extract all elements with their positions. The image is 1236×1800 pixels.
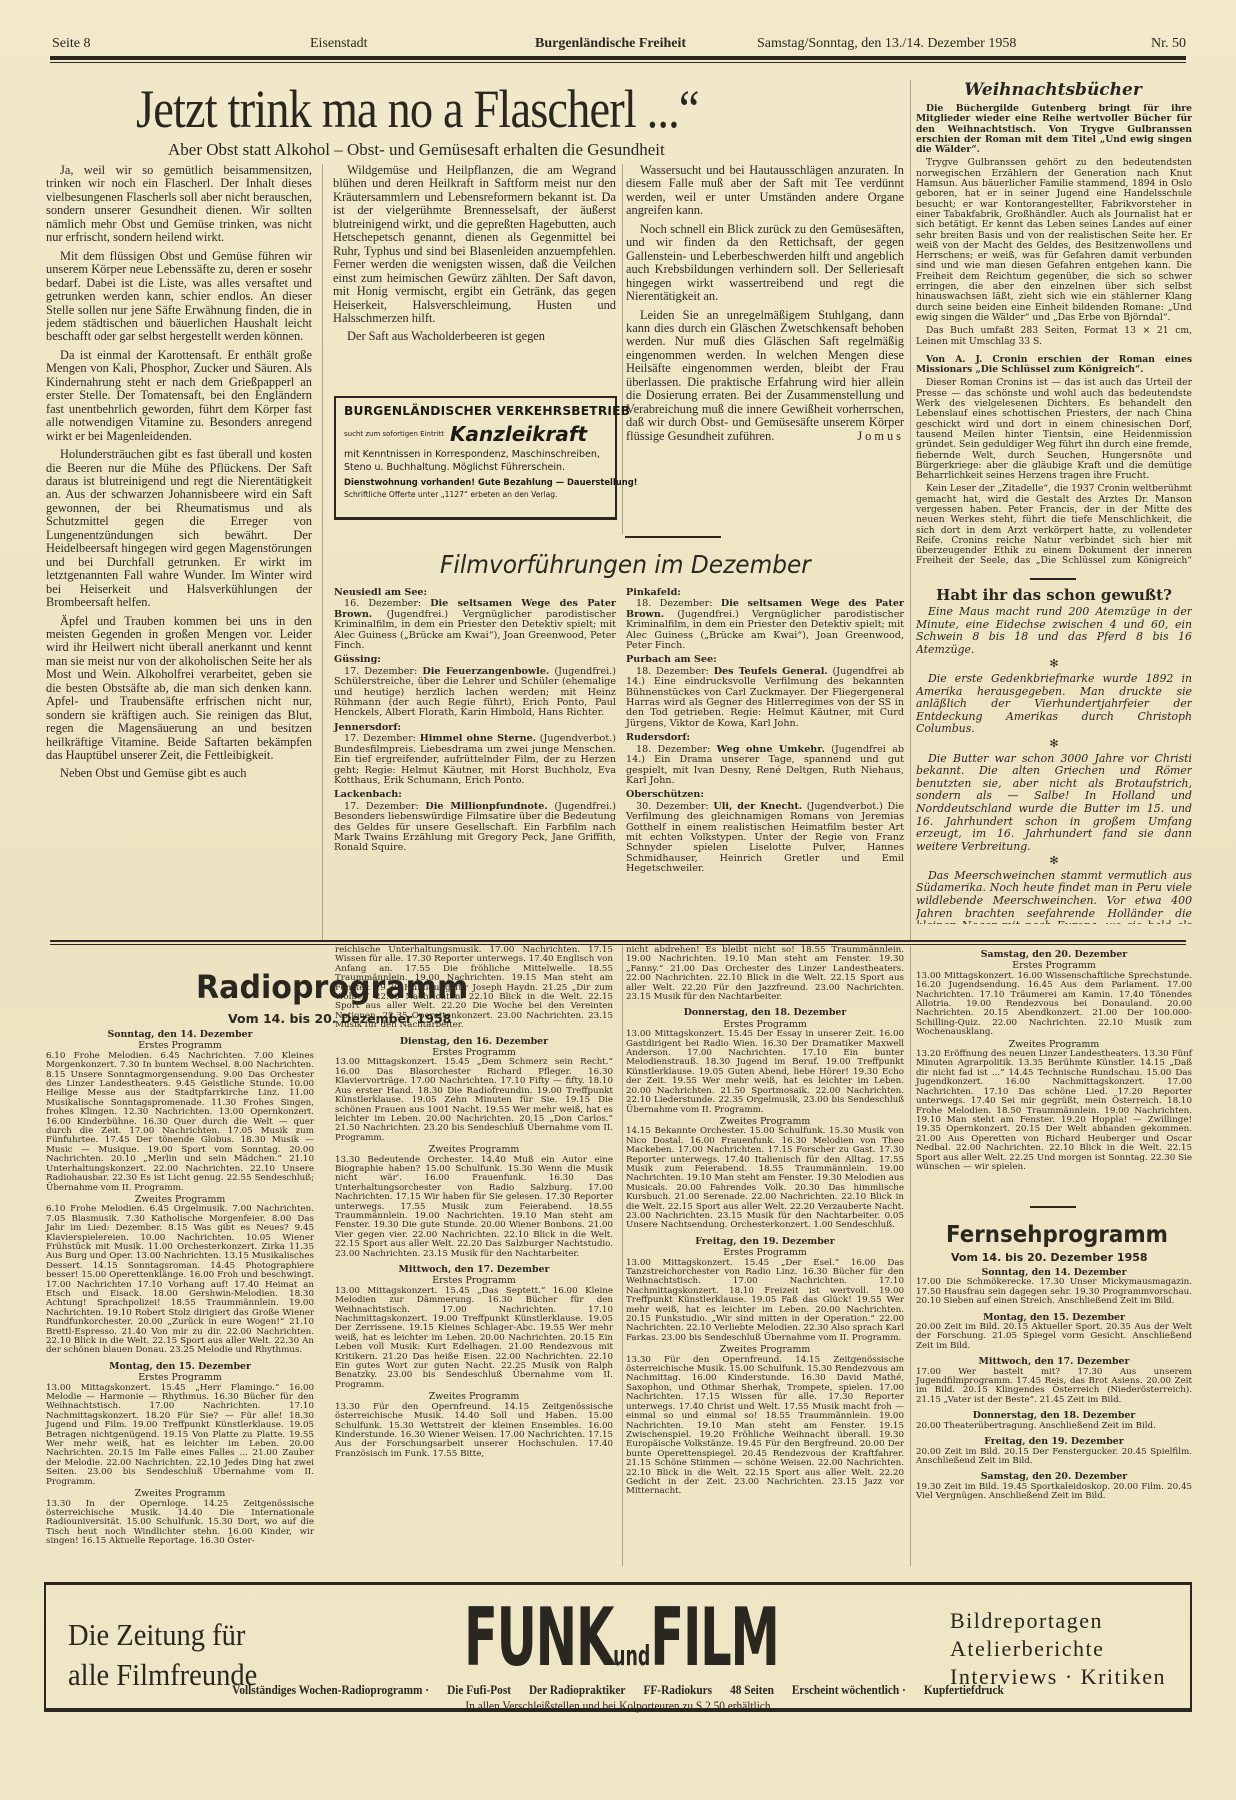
header-city: Eisenstadt bbox=[310, 36, 368, 52]
film-entry: 17. Dezember: Himmel ohne Sterne. (Jugen… bbox=[334, 734, 616, 786]
schedule-entries: 6.10 Frohe Melodien. 6.45 Orgelmusik. 7.… bbox=[46, 1205, 314, 1356]
sidebar-paragraph: Kein Leser der „Zitadelle“, die 1937 Cro… bbox=[916, 484, 1192, 566]
newspaper-page: Seite 8 Eisenstadt Burgenländische Freih… bbox=[0, 0, 1236, 1800]
schedule-day-heading: Montag, den 15. Dezember bbox=[916, 1313, 1192, 1322]
ad-feature: Erscheint wöchentlich · bbox=[792, 1683, 906, 1697]
article-paragraph: Holundersträuchen gibt es fast überall u… bbox=[46, 448, 312, 609]
program-heading: Zweites Programm bbox=[46, 1489, 314, 1498]
film-entry: 18. Dezember: Des Teufels General. (Juge… bbox=[626, 667, 904, 729]
article-headline: Jetzt trink ma no a Flascherl ...“ bbox=[136, 78, 755, 140]
header-rule bbox=[50, 56, 1186, 60]
tv-schedule: Sonntag, den 14. Dezember17.00 Die Schmö… bbox=[916, 1262, 1192, 1502]
sidebar-paragraph: Das Buch umfaßt 283 Seiten, Format 13 × … bbox=[916, 326, 1192, 347]
film-location: Güssing: bbox=[334, 655, 616, 665]
film-location: Jennersdorf: bbox=[334, 723, 616, 733]
ad-company: BURGENLÄNDISCHER VERKEHRSBETRIEB bbox=[344, 404, 607, 418]
ad-contact: Schriftliche Offerte unter „1127“ erbete… bbox=[344, 490, 607, 499]
schedule-entries: 13.00 Mittagskonzert. 15.45 „Dem Schmerz… bbox=[335, 1058, 613, 1143]
program-heading: Erstes Programm bbox=[916, 961, 1192, 970]
schedule-entries: 20.00 Theaterübertragung. Anschließend Z… bbox=[916, 1422, 1192, 1431]
film-location: Lackenbach: bbox=[334, 790, 616, 800]
ad-features: Vollständiges Wochen-Radioprogramm ·Die … bbox=[103, 1683, 1133, 1698]
schedule-day-heading: Freitag, den 19. Dezember bbox=[626, 1237, 904, 1246]
schedule-entries: nicht abdrehen! Es bleibt nicht so! 18.5… bbox=[626, 946, 904, 1002]
ad-feature: Der Radiopraktiker bbox=[529, 1683, 625, 1697]
schedule-day-heading: Samstag, den 20. Dezember bbox=[916, 1472, 1192, 1481]
sidebar-title: Weihnachtsbücher bbox=[916, 80, 1190, 100]
program-heading: Zweites Programm bbox=[626, 1117, 904, 1126]
section-rule bbox=[50, 940, 1186, 942]
ad-feature: Vollständiges Wochen-Radioprogramm · bbox=[232, 1683, 429, 1697]
film-title: Die seltsamen Wege des Pater Brown. bbox=[334, 598, 616, 619]
ad-feature: FF-Radiokurs bbox=[643, 1683, 712, 1697]
films-column-2: Pinkafeld:18. Dezember: Die seltsamen We… bbox=[626, 584, 904, 878]
fact-item: Eine Maus macht rund 200 Atemzüge in der… bbox=[916, 606, 1192, 656]
ad-position: Kanzleikraft bbox=[450, 422, 587, 446]
separator-icon: ✻ bbox=[916, 855, 1192, 868]
film-title: Die seltsamen Wege des Pater Brown. bbox=[626, 598, 904, 619]
schedule-entries: 13.00 Mittagskonzert. 16.00 Wissenschaft… bbox=[916, 972, 1192, 1038]
article-column-3: Wassersucht und bei Hautausschlägen anzu… bbox=[626, 164, 904, 534]
article-column-1: Ja, weil wir so gemütlich beisammensitze… bbox=[46, 164, 312, 944]
film-title: Uli, der Knecht. bbox=[713, 801, 802, 812]
program-heading: Erstes Programm bbox=[335, 1276, 613, 1285]
issue-number: Nr. 50 bbox=[1151, 36, 1186, 52]
schedule-entries: 13.00 Mittagskonzert. 15.45 „Das Septett… bbox=[335, 1287, 613, 1390]
film-title: Die Feuerzangenbowle. bbox=[422, 666, 549, 677]
schedule-entries: reichische Unterhaltungsmusik. 17.00 Nac… bbox=[335, 946, 613, 1031]
article-paragraph: Neben Obst und Gemüse gibt es auch bbox=[46, 767, 312, 780]
fact-item: Die erste Gedenkbriefmarke wurde 1892 in… bbox=[916, 673, 1192, 736]
program-heading: Zweites Programm bbox=[626, 1345, 904, 1354]
schedule-entries: 13.30 In der Opernloge. 14.25 Zeitgenöss… bbox=[46, 1500, 314, 1547]
newspaper-name: Burgenländische Freiheit bbox=[535, 36, 686, 52]
page-number: Seite 8 bbox=[52, 36, 91, 52]
schedule-entries: 13.30 Für den Opernfreund. 14.15 Zeitgen… bbox=[335, 1403, 613, 1459]
ad-feature: 48 Seiten bbox=[730, 1683, 774, 1697]
article-paragraph: Wildgemüse und Heilpflanzen, die am Wegr… bbox=[333, 164, 616, 325]
job-advertisement: BURGENLÄNDISCHER VERKEHRSBETRIEB sucht z… bbox=[334, 396, 617, 520]
sidebar-end-rule bbox=[1030, 578, 1076, 580]
article-subheadline: Aber Obst statt Alkohol – Obst- und Gemü… bbox=[168, 140, 665, 160]
ad-seeks: sucht zum sofortigen Eintritt bbox=[344, 430, 444, 438]
article-column-2: Wildgemüse und Heilpflanzen, die am Wegr… bbox=[333, 164, 616, 392]
schedule-day-heading: Sonntag, den 14. Dezember bbox=[916, 1268, 1192, 1277]
schedule-day-heading: Samstag, den 20. Dezember bbox=[916, 950, 1192, 959]
program-heading: Erstes Programm bbox=[46, 1373, 314, 1382]
tv-title: Fernsehprogramm bbox=[946, 1222, 1168, 1248]
article-paragraph: Ja, weil wir so gemütlich beisammensitze… bbox=[46, 164, 312, 245]
schedule-day-heading: Sonntag, den 14. Dezember bbox=[46, 1030, 314, 1039]
funk-und-film-advertisement: Die Zeitung für alle Filmfreunde FUNKund… bbox=[44, 1582, 1192, 1712]
schedule-day-heading: Donnerstag, den 18. Dezember bbox=[626, 1008, 904, 1017]
schedule-entries: 13.30 Für den Opernfreund. 14.15 Zeitgen… bbox=[626, 1356, 904, 1497]
ad-feature-line: Atelierberichte bbox=[950, 1635, 1166, 1663]
article-paragraph: Wassersucht und bei Hautausschlägen anzu… bbox=[626, 164, 904, 218]
film-location: Neusiedl am See: bbox=[334, 588, 616, 598]
film-location: Purbach am See: bbox=[626, 655, 904, 665]
film-location: Pinkafeld: bbox=[626, 588, 904, 598]
article-paragraph: Der Saft aus Wacholderbeeren ist gegen bbox=[333, 330, 616, 343]
radio-column-4: Samstag, den 20. DezemberErstes Programm… bbox=[916, 944, 1192, 1172]
schedule-entries: 6.10 Frohe Melodien. 6.45 Nachrichten. 7… bbox=[46, 1052, 314, 1193]
radio-column-3: nicht abdrehen! Es bleibt nicht so! 18.5… bbox=[626, 946, 904, 1497]
schedule-entries: 20.00 Zeit im Bild. 20.15 Aktueller Spor… bbox=[916, 1323, 1192, 1351]
sidebar-paragraph: Die Büchergilde Gutenberg bringt für ihr… bbox=[916, 104, 1192, 155]
issue-date: Samstag/Sonntag, den 13./14. Dezember 19… bbox=[757, 36, 1016, 52]
schedule-entries: 13.20 Eröffnung des neuen Linzer Landest… bbox=[916, 1050, 1192, 1172]
program-heading: Zweites Programm bbox=[335, 1145, 613, 1154]
ad-feature: Die Fufi-Post bbox=[447, 1683, 511, 1697]
tv-top-rule bbox=[1030, 1206, 1076, 1208]
film-location: Oberschützen: bbox=[626, 790, 904, 800]
schedule-entries: 17.00 Die Schmökerecke. 17.30 Unser Mick… bbox=[916, 1278, 1192, 1306]
column-divider bbox=[322, 164, 323, 940]
film-title: Des Teufels General. bbox=[714, 666, 828, 677]
running-header: Seite 8 Eisenstadt Burgenländische Freih… bbox=[52, 36, 1186, 54]
schedule-day-heading: Mittwoch, den 17. Dezember bbox=[335, 1265, 613, 1274]
article-paragraph: Leiden Sie an unregelmäßigem Stuhlgang, … bbox=[626, 309, 904, 444]
films-title: Filmvorführungen im Dezember bbox=[440, 550, 811, 579]
program-heading: Erstes Programm bbox=[46, 1041, 314, 1050]
radio-column-1: Sonntag, den 14. DezemberErstes Programm… bbox=[46, 1024, 314, 1547]
film-entry: 18. Dezember: Die seltsamen Wege des Pat… bbox=[626, 599, 904, 651]
schedule-day-heading: Freitag, den 19. Dezember bbox=[916, 1437, 1192, 1446]
schedule-day-heading: Montag, den 15. Dezember bbox=[46, 1362, 314, 1371]
article-paragraph: Äpfel und Trauben kommen bei uns in den … bbox=[46, 615, 312, 763]
schedule-entries: 14.15 Bekannte Orchester. 15.00 Schulfun… bbox=[626, 1127, 904, 1230]
ad-availability: In allen Verschleißstellen und bei Kolpo… bbox=[103, 1699, 1133, 1714]
separator-icon: ✻ bbox=[916, 658, 1192, 671]
schedule-day-heading: Donnerstag, den 18. Dezember bbox=[916, 1411, 1192, 1420]
article-paragraph: Da ist einmal der Karottensaft. Er enthä… bbox=[46, 349, 312, 443]
facts-title: Habt ihr das schon gewußt? bbox=[916, 586, 1192, 604]
facts-list: Eine Maus macht rund 200 Atemzüge in der… bbox=[916, 606, 1192, 924]
ad-features-list: BildreportagenAtelierberichteInterviews … bbox=[950, 1607, 1166, 1691]
program-heading: Zweites Programm bbox=[916, 1040, 1192, 1049]
film-entry: 16. Dezember: Die seltsamen Wege des Pat… bbox=[334, 599, 616, 651]
ad-feature-line: Bildreportagen bbox=[950, 1607, 1166, 1635]
column-divider bbox=[622, 946, 623, 1566]
header-rule-thin bbox=[50, 62, 1186, 63]
schedule-entries: 13.30 Bedeutende Orchester. 14.40 Muß ei… bbox=[335, 1156, 613, 1259]
schedule-entries: 20.00 Zeit im Bild. 20.15 Der Fensterguc… bbox=[916, 1448, 1192, 1467]
fact-item: Die Butter war schon 3000 Jahre vor Chri… bbox=[916, 753, 1192, 854]
program-heading: Erstes Programm bbox=[626, 1020, 904, 1029]
schedule-entries: 13.00 Mittagskonzert. 15.45 „Herr Flamin… bbox=[46, 1384, 314, 1487]
ad-offer: Dienstwohnung vorhanden! Gute Bezahlung … bbox=[344, 477, 607, 487]
program-heading: Erstes Programm bbox=[626, 1248, 904, 1257]
film-entry: 30. Dezember: Uli, der Knecht. (Jugendve… bbox=[626, 802, 904, 875]
column-divider bbox=[910, 80, 911, 940]
film-title: Die Millionpfundnote. bbox=[425, 801, 547, 812]
schedule-entries: 13.00 Mittagskonzert. 15.45 Der Essay in… bbox=[626, 1030, 904, 1115]
sidebar-paragraph: Trygve Gulbranssen gehört zu den bedeute… bbox=[916, 158, 1192, 323]
films-column-1: Neusiedl am See:16. Dezember: Die seltsa… bbox=[334, 584, 616, 857]
radio-column-2: reichische Unterhaltungsmusik. 17.00 Nac… bbox=[335, 946, 613, 1459]
ad-feature: Kupfertiefdruck bbox=[924, 1683, 1004, 1697]
schedule-entries: 17.00 Wer bastelt mit? 17.30 Aus unserem… bbox=[916, 1368, 1192, 1406]
separator-icon: ✻ bbox=[916, 738, 1192, 751]
film-title: Himmel ohne Sterne. bbox=[420, 733, 536, 744]
article-paragraph: Mit dem flüssigen Obst und Gemüse führen… bbox=[46, 250, 312, 344]
program-heading: Zweites Programm bbox=[335, 1392, 613, 1401]
schedule-entries: 13.00 Mittagskonzert. 15.45 „Der Esel.“ … bbox=[626, 1259, 904, 1344]
article-paragraph: Noch schnell ein Blick zurück zu den Gem… bbox=[626, 223, 904, 304]
film-entry: 17. Dezember: Die Millionpfundnote. (Jug… bbox=[334, 802, 616, 854]
column-divider bbox=[910, 946, 911, 1566]
film-title: Weg ohne Umkehr. bbox=[717, 744, 825, 755]
fact-item: Das Meerschweinchen stammt vermutlich au… bbox=[916, 870, 1192, 924]
film-entry: 17. Dezember: Die Feuerzangenbowle. (Jug… bbox=[334, 667, 616, 719]
sidebar-books: Die Büchergilde Gutenberg bringt für ihr… bbox=[916, 104, 1192, 566]
schedule-day-heading: Mittwoch, den 17. Dezember bbox=[916, 1357, 1192, 1366]
sidebar-paragraph: Von A. J. Cronin erschien der Roman eine… bbox=[916, 355, 1192, 376]
schedule-day-heading: Dienstag, den 16. Dezember bbox=[335, 1037, 613, 1046]
column-divider bbox=[622, 164, 623, 534]
film-location: Rudersdorf: bbox=[626, 733, 904, 743]
schedule-entries: 19.30 Zeit im Bild. 19.45 Sportkaleidosk… bbox=[916, 1483, 1192, 1502]
article-end-rule bbox=[625, 536, 721, 538]
ad-requirements: mit Kenntnissen in Korrespondenz, Maschi… bbox=[344, 448, 607, 474]
program-heading: Zweites Programm bbox=[46, 1195, 314, 1204]
film-entry: 18. Dezember: Weg ohne Umkehr. (Jugendfr… bbox=[626, 745, 904, 787]
sidebar-paragraph: Dieser Roman Cronins ist — das ist auch … bbox=[916, 378, 1192, 481]
